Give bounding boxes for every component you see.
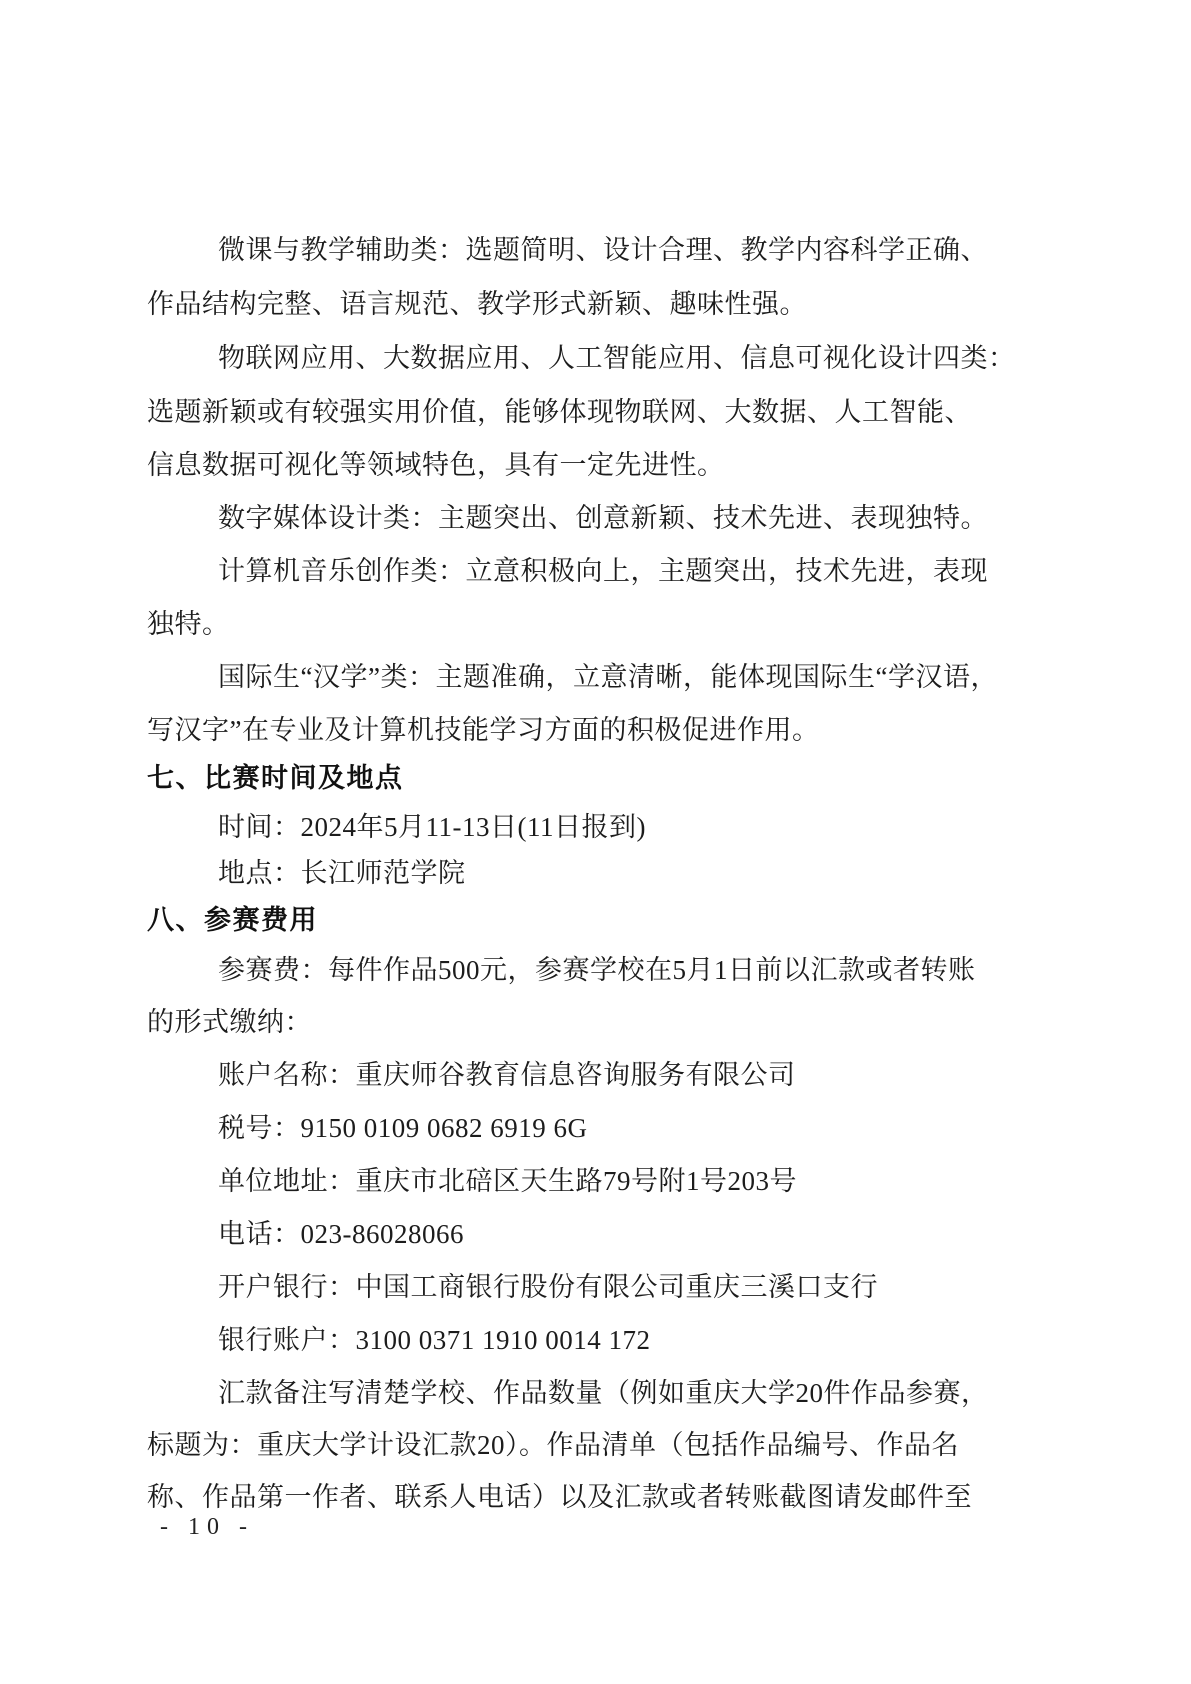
section-heading-entry-fee: 八、参赛费用 [147, 902, 1047, 938]
section-heading-time-location: 七、比赛时间及地点 [147, 760, 1047, 796]
field-bank-name-line: 开户银行：中国工商银行股份有限公司重庆三溪口支行 [147, 1269, 1118, 1305]
paragraph-line-remittance-note: 汇款备注写清楚学校、作品数量（例如重庆大学20件作品参赛， [147, 1375, 1118, 1411]
field-time-line: 时间：2024年5月11-13日(11日报到) [147, 809, 1118, 845]
field-location-line: 地点：长江师范学院 [147, 855, 1118, 891]
field-tax-id-line: 税号：9150 0109 0682 6919 6G [147, 1110, 1118, 1146]
paragraph-line-iot-criteria: 选题新颖或有较强实用价值，能够体现物联网、大数据、人工智能、 [147, 394, 1047, 430]
paragraph-line-hanxue-criteria-2: 写汉字”在专业及计算机技能学习方面的积极促进作用。 [147, 712, 1047, 748]
paragraph-line-hanxue-criteria: 国际生“汉学”类：主题准确，立意清晰，能体现国际生“学汉语， [147, 659, 1118, 695]
document-page: 微课与教学辅助类：选题简明、设计合理、教学内容科学正确、 作品结构完整、语言规范… [0, 0, 1191, 1684]
paragraph-line-entry-fee-2: 的形式缴纳： [147, 1004, 1047, 1040]
paragraph-line-entry-fee: 参赛费：每件作品500元，参赛学校在5月1日前以汇款或者转账 [147, 952, 1118, 988]
paragraph-line-computer-music-criteria-2: 独特。 [147, 606, 1047, 642]
paragraph-line-microcourse-criteria: 微课与教学辅助类：选题简明、设计合理、教学内容科学正确、 [147, 232, 1118, 268]
field-phone-line: 电话：023-86028066 [147, 1216, 1118, 1252]
paragraph-line-iot-criteria-2: 信息数据可视化等领域特色，具有一定先进性。 [147, 447, 1047, 483]
field-bank-account-line: 银行账户：3100 0371 1910 0014 172 [147, 1322, 1118, 1358]
paragraph-line-computer-music-criteria: 计算机音乐创作类：立意积极向上，主题突出，技术先进，表现 [147, 553, 1118, 589]
paragraph-line-digital-media-criteria: 数字媒体设计类：主题突出、创意新颖、技术先进、表现独特。 [147, 500, 1118, 536]
page-number: - 10 - [160, 1514, 254, 1541]
paragraph-line-iot-categories: 物联网应用、大数据应用、人工智能应用、信息可视化设计四类： [147, 340, 1118, 376]
field-company-address-line: 单位地址：重庆市北碚区天生路79号附1号203号 [147, 1163, 1118, 1199]
field-account-name-line: 账户名称：重庆师谷教育信息咨询服务有限公司 [147, 1057, 1118, 1093]
paragraph-line-microcourse-criteria-2: 作品结构完整、语言规范、教学形式新颖、趣味性强。 [147, 286, 1047, 322]
paragraph-line-remittance-note-3: 称、作品第一作者、联系人电话）以及汇款或者转账截图请发邮件至 [147, 1479, 1047, 1515]
paragraph-line-remittance-note-2: 标题为：重庆大学计设汇款20）。作品清单（包括作品编号、作品名 [147, 1427, 1047, 1463]
